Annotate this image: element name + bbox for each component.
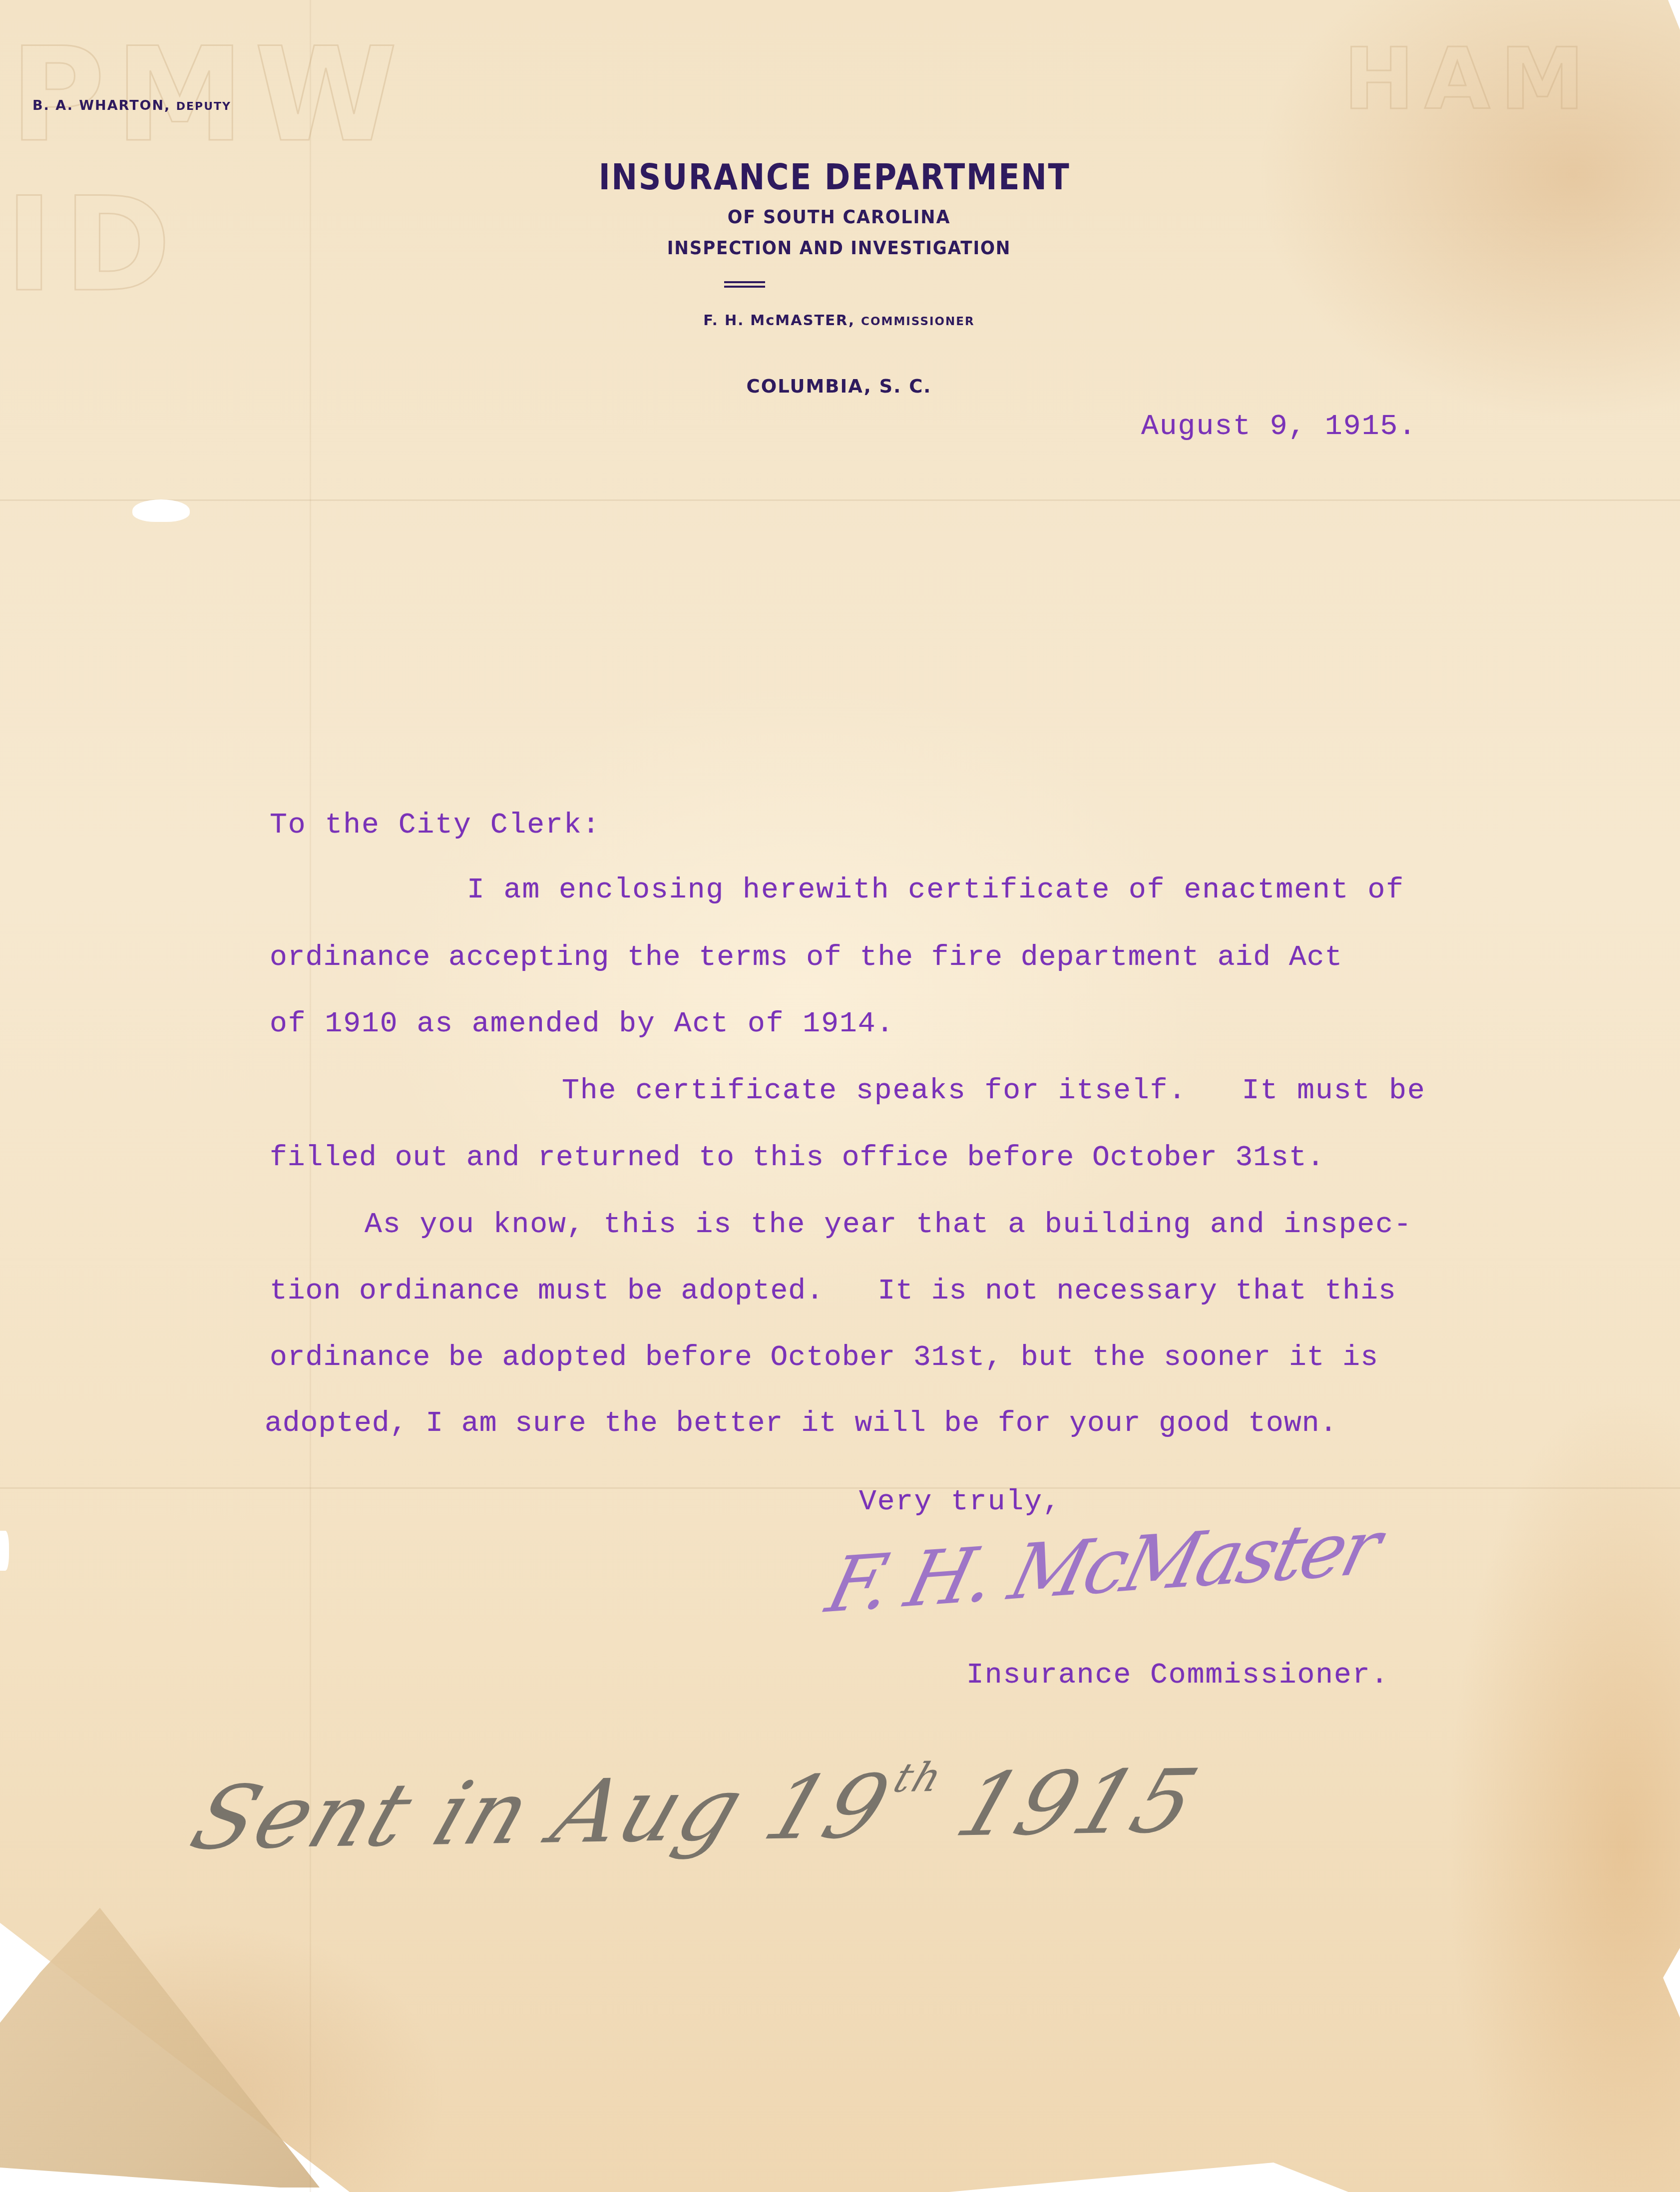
pencil-annotation: Sent in Aug 19th 1915 (179, 1750, 1212, 1870)
fold-crease (0, 499, 1680, 501)
closing: Very truly, (859, 1486, 1061, 1518)
double-rule-divider (724, 286, 765, 288)
fold-crease (0, 1487, 1680, 1489)
letterhead-location: COLUMBIA, S. C. (549, 376, 1129, 397)
watermark-embossing: HAM (1343, 30, 1595, 129)
body-line: adopted, I am sure the better it will be… (265, 1407, 1337, 1440)
body-line: filled out and returned to this office b… (270, 1142, 1325, 1174)
department-division: INSPECTION AND INVESTIGATION (578, 237, 1100, 259)
body-line: tion ordinance must be adopted. It is no… (270, 1275, 1396, 1308)
commissioner-title: COMMISSIONER (861, 315, 975, 328)
body-line: ordinance be adopted before October 31st… (270, 1341, 1378, 1374)
signer-title: Insurance Commissioner. (966, 1659, 1389, 1692)
body-line: ordinance accepting the terms of the fir… (270, 941, 1342, 974)
deputy-line: B. A. WHARTON, DEPUTY (32, 98, 231, 113)
body-line: As you know, this is the year that a bui… (365, 1209, 1412, 1241)
commissioner-name: F. H. McMASTER, (703, 312, 855, 329)
paper-tear (132, 499, 190, 522)
body-line: of 1910 as amended by Act of 1914. (270, 1008, 894, 1040)
salutation: To the City Clerk: (270, 809, 601, 842)
paper-tear (0, 1531, 9, 1571)
watermark-embossing: PMW (10, 20, 408, 171)
watermark-embossing: ID (5, 170, 181, 321)
deputy-name: B. A. WHARTON, (32, 98, 170, 113)
commissioner-line: F. H. McMASTER, COMMISSIONER (549, 312, 1129, 329)
double-rule-divider (724, 281, 765, 283)
body-line: I am enclosing herewith certificate of e… (467, 874, 1404, 906)
letter-date: August 9, 1915. (1141, 411, 1417, 443)
department-title: INSURANCE DEPARTMENT (588, 156, 1082, 198)
department-state: OF SOUTH CAROLINA (595, 206, 1082, 228)
deputy-title: DEPUTY (176, 100, 231, 113)
annotation-year: 1915 (944, 1751, 1212, 1856)
body-line: The certificate speaks for itself. It mu… (562, 1075, 1426, 1107)
annotation-text: Sent in Aug 19 (179, 1756, 903, 1869)
